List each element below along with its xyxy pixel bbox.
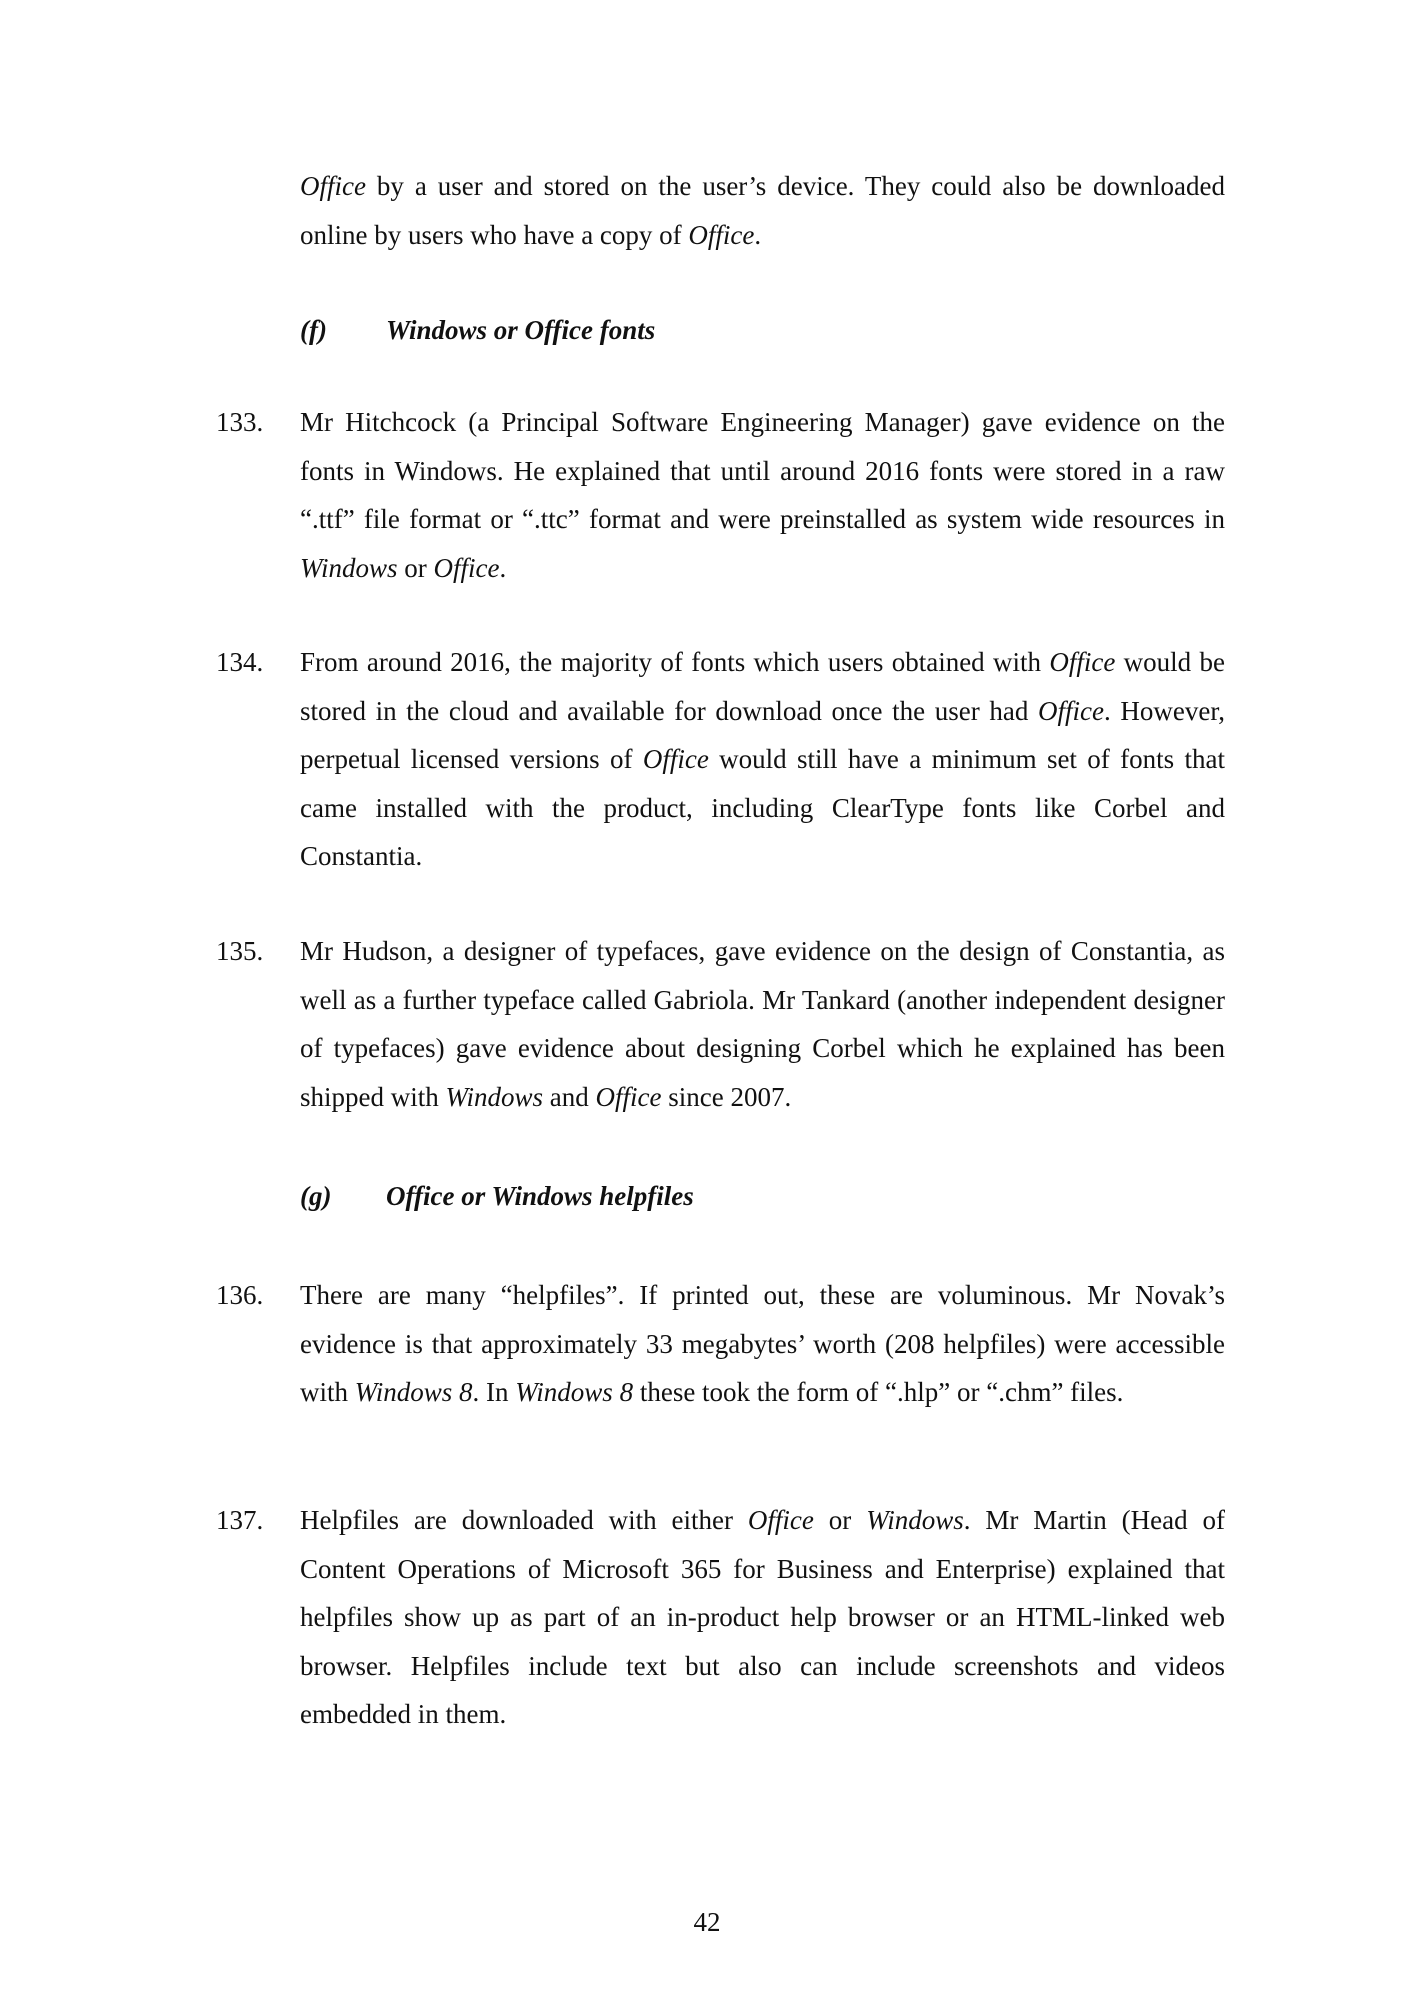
section-heading-title: Windows or Office fonts — [386, 315, 655, 345]
continuation-paragraph: Office by a user and stored on the user’… — [300, 162, 1225, 259]
paragraph-text: From around 2016, the majority of fonts … — [300, 638, 1225, 881]
italic-term: Windows — [446, 1082, 544, 1112]
paragraph-text: Helpfiles are downloaded with either Off… — [300, 1496, 1225, 1739]
italic-term: Office — [688, 220, 754, 250]
page-number: 42 — [0, 1898, 1414, 1947]
italic-term: Office — [1038, 696, 1104, 726]
paragraph-number: 133. — [216, 398, 263, 447]
italic-term: Office — [1049, 647, 1115, 677]
italic-term: Windows 8 — [515, 1377, 633, 1407]
paragraph-text: Mr Hudson, a designer of typefaces, gave… — [300, 927, 1225, 1121]
paragraph-number: 136. — [216, 1271, 263, 1320]
italic-term: Office — [748, 1505, 814, 1535]
paragraph-number: 137. — [216, 1496, 263, 1545]
continuation-text: Office by a user and stored on the user’… — [300, 162, 1225, 259]
italic-term: Windows — [866, 1505, 964, 1535]
italic-term: Office — [596, 1082, 662, 1112]
italic-term: Office — [300, 171, 366, 201]
paragraph-text: There are many “helpfiles”. If printed o… — [300, 1271, 1225, 1417]
paragraph-number: 135. — [216, 927, 263, 976]
paragraph-number: 134. — [216, 638, 263, 687]
section-heading-f: (f)Windows or Office fonts — [300, 306, 655, 355]
italic-term: Windows 8 — [355, 1377, 473, 1407]
paragraph-text: Mr Hitchcock (a Principal Software Engin… — [300, 398, 1225, 592]
italic-term: Windows — [300, 553, 398, 583]
section-heading-label: (g) — [300, 1172, 386, 1221]
section-heading-label: (f) — [300, 306, 386, 355]
italic-term: Office — [643, 744, 709, 774]
section-heading-g: (g)Office or Windows helpfiles — [300, 1172, 694, 1221]
italic-term: Office — [434, 553, 500, 583]
section-heading-title: Office or Windows helpfiles — [386, 1181, 694, 1211]
